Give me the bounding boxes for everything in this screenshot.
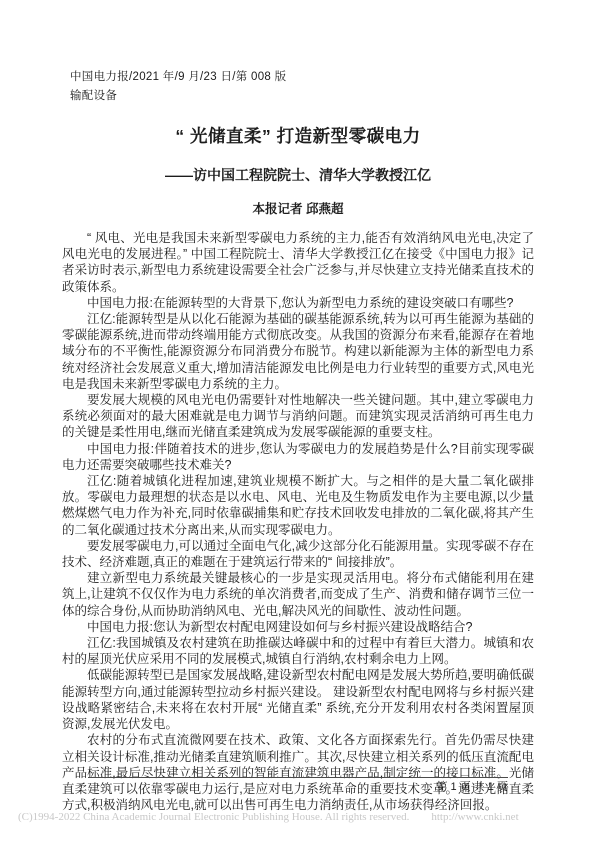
- article-paragraph: 低碳能源转型已是国家发展战略,建设新型农村配电网是发展大势所趋,要明确低碳能源转…: [62, 667, 534, 732]
- article-paragraph: 江亿:我国城镇及农村建筑在助推碳达峰碳中和的过程中有着巨大潜力。城镇和农村的屋顶…: [62, 635, 534, 667]
- article-paragraph: 要发展大规模的风电光电仍需要针对性地解决一些关键问题。其中,建立零碳电力系统必须…: [62, 392, 534, 441]
- copyright-url: http://www.cnki.net: [431, 811, 518, 823]
- document-page: 中国电力报/2021 年/9 月/23 日/第 008 版 输配设备 “ 光储直…: [0, 0, 596, 842]
- section-name: 输配设备: [70, 87, 534, 106]
- article-paragraph: 中国电力报:在能源转型的大背景下,您认为新型电力系统的建设突破口有哪些?: [62, 295, 534, 311]
- publication-line: 中国电力报/2021 年/9 月/23 日/第 008 版: [70, 68, 534, 87]
- copyright-bar: (C)1994-2022 China Academic Journal Elec…: [18, 810, 584, 824]
- article-paragraph: 建立新型电力系统最关键最核心的一步是实现灵活用电。将分布式储能利用在建筑上,让建…: [62, 570, 534, 619]
- article-body: “ 风电、光电是我国未来新型零碳电力系统的主力,能否有效消纳风电光电,决定了风电…: [62, 230, 534, 813]
- byline: 本报记者 邱燕超: [40, 202, 556, 216]
- article-paragraph: 江亿:能源转型是从以化石能源为基础的碳基能源系统,转为以可再生能源为基础的零碳能…: [62, 311, 534, 392]
- article-subtitle: ——访中国工程院院士、清华大学教授江亿: [40, 167, 556, 183]
- article-paragraph: 江亿:随着城镇化进程加速,建筑业规模不断扩大。与之相伴的是大量二氧化碳排放。零碳…: [62, 473, 534, 538]
- footer-divider: 第 1 页 共 1 页: [88, 777, 508, 794]
- article-paragraph: 中国电力报:伴随着技术的进步,您认为零碳电力的发展趋势是什么?目前实现零碳电力还…: [62, 441, 534, 473]
- article-paragraph: 要发展零碳电力,可以通过全面电气化,减少这部分化石能源用量。实现零碳不存在技术、…: [62, 538, 534, 570]
- article-paragraph: “ 风电、光电是我国未来新型零碳电力系统的主力,能否有效消纳风电光电,决定了风电…: [62, 230, 534, 295]
- publication-header: 中国电力报/2021 年/9 月/23 日/第 008 版 输配设备: [70, 68, 534, 105]
- article-paragraph: 中国电力报:您认为新型农村配电网建设如何与乡村振兴建设战略结合?: [62, 619, 534, 635]
- article-title: “ 光储直柔” 打造新型零碳电力: [40, 126, 556, 146]
- article-paragraph: 农村的分布式直流微网要在技术、政策、文化各方面探索先行。首先仍需尽快建立相关设计…: [62, 732, 534, 813]
- copyright-notice: (C)1994-2022 China Academic Journal Elec…: [18, 811, 409, 823]
- page-indicator: 第 1 页 共 1 页: [88, 778, 508, 794]
